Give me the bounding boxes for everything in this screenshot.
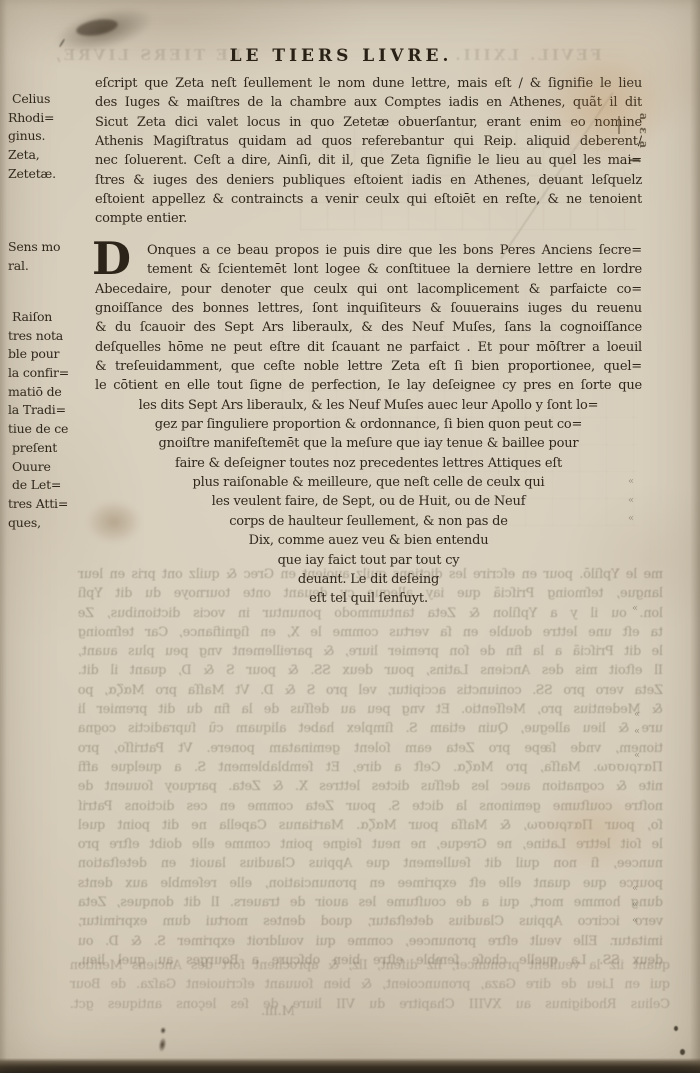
text-line: plus raiſonable & meilleure, que neſt ce…: [95, 473, 642, 492]
margin-quote-mark: «: [632, 915, 638, 926]
paper-stain: [86, 500, 142, 544]
text-line: les dits Sept Ars liberaulx, & les Neuf …: [95, 396, 642, 415]
text-line: & treſeuidamment, que ceſte noble lettre…: [95, 357, 642, 376]
text-line: ſtres & iuges des deniers publiques eſto…: [95, 171, 642, 190]
bleed-line: Il eſtoit mis des Anciens Latins, pour d…: [78, 661, 663, 680]
margin-note-line: Raiſon: [12, 308, 90, 327]
margin-note-line: Zetetæ.: [8, 165, 90, 184]
paper-stain: [538, 788, 653, 873]
bleed-line: Πατρισσω. Maſſa, pro Μαζα. Ceſt a dire, …: [78, 758, 663, 777]
text-line: & du ſcauoir des Sept Ars liberaulx, & d…: [95, 318, 642, 337]
book-page-scan: LE TIERS LIVRE, FEVIL. LXIII. me le Ypſi…: [0, 0, 700, 1073]
bleedthrough-text-block: me le Ypſilō. pour en eſcrire les dictio…: [78, 565, 663, 970]
bleed-line: pource que quant elle eſt exprimee en pr…: [78, 874, 663, 893]
bleedthrough-signature-mark: M.iii.: [238, 1004, 318, 1019]
margin-note-line: Sens mo: [8, 238, 90, 257]
margin-note-line: tres Atti=: [8, 495, 90, 514]
margin-note-line: de Let=: [12, 476, 90, 495]
ink-speck: [674, 1026, 678, 1031]
bleed-line: le dit Priſciã a la fin de ſon premier l…: [78, 642, 663, 661]
bleed-line: ta eſt une lettre double en ſa vertus co…: [78, 623, 663, 642]
margin-note-line: ral.: [8, 257, 90, 276]
text-line: que iay faict tout par tout cy: [95, 551, 642, 570]
margin-note-line: tiue de ce: [8, 420, 90, 439]
margin-note-celius: Celius Rhodi= ginus. Zeta, Zetetæ.: [8, 90, 90, 183]
margin-quote-mark: «: [632, 899, 638, 910]
bleed-line: & Medentius pro, Meſſentio. Et vng peu a…: [78, 700, 663, 719]
margin-note-sens-moral: Sens mo ral.: [8, 238, 90, 275]
bleedthrough-bottom-block: quant ilz la veullent pronuncer, Ilz diſ…: [70, 956, 670, 1014]
text-line: gez par ſinguliere proportion & ordonnan…: [95, 415, 642, 434]
margin-quote-mark: «: [634, 709, 640, 720]
running-title: LE TIERS LIVRE.: [86, 46, 596, 66]
paper-stain: [543, 52, 668, 167]
margin-quote-mark: «: [634, 750, 640, 761]
bleed-line: Celius Rhodiginus au XVIII Chapitre du V…: [70, 995, 670, 1014]
bleed-line: qui en Lieu de dire Gaza, pronuncoient, …: [70, 975, 670, 994]
margin-quote-mark: «: [632, 883, 638, 894]
bleed-line: imitatur. Elle veult eſtre pronuncee, co…: [78, 932, 663, 951]
text-line: les veulent faire, de Sept, ou de Huit, …: [95, 492, 642, 511]
margin-quote-mark: «: [634, 726, 640, 737]
page-edge-shadow: [0, 0, 7, 1073]
text-line: compte entier.: [95, 209, 642, 228]
text-line: Onques a ce beau propos ie puis dire que…: [147, 241, 642, 260]
text-line: deſquelles hōme ne peut eſtre dit ſcauan…: [95, 338, 642, 357]
bleed-line: dung homme mort, qui a de couſtume les a…: [78, 893, 663, 912]
text-line: le cōtient en elle tout ſigne de perfect…: [95, 376, 642, 395]
text-line: eſt tel quil ſenſuyt.: [95, 589, 642, 608]
page-bottom-edge: [0, 1058, 700, 1073]
ink-speck: [680, 1049, 685, 1055]
text-line: tement & ſcientemēt lont logee & conſtit…: [147, 260, 642, 279]
text-line: eſtoient appellez & contraincts a venir …: [95, 190, 642, 209]
bleed-line: vero iccirco Appius Claudius deteſtatur,…: [78, 912, 663, 931]
paragraph-2: Onques a ce beau propos ie puis dire que…: [95, 241, 642, 609]
margin-note-line: ginus.: [8, 127, 90, 146]
margin-note-raison: Raiſon tres nota ble pour la confir= mat…: [8, 308, 90, 532]
bleed-line: tionem, vnde ſæpe pro Zeta eam ſolent ge…: [78, 739, 663, 758]
text-line: gnoiſſance des bonnes lettres, ſont inqu…: [95, 299, 642, 318]
margin-note-line: la confir=: [8, 364, 90, 383]
margin-note-line: tres nota: [8, 327, 90, 346]
text-line: Dix, comme auez veu & bien entendu: [95, 531, 642, 550]
text-line: faire & deſeigner toutes noz precedentes…: [95, 454, 642, 473]
page-edge-shadow: [690, 0, 700, 1073]
text-line: deuant. Le dit deſeing: [95, 570, 642, 589]
bleed-line: ure & lieu allegue, Quin etiam S. ſimple…: [78, 719, 663, 738]
margin-note-line: ques,: [8, 514, 90, 533]
margin-note-line: Rhodi=: [8, 109, 90, 128]
margin-note-line: ble pour: [8, 345, 90, 364]
text-line: Abecedaire, pour denoter que ceulx qui o…: [95, 280, 642, 299]
margin-note-line: Ouure: [12, 458, 90, 477]
bleed-line: Zeta vero pro SS. coniunctis accipitur, …: [78, 681, 663, 700]
ink-drip-mark: [150, 1025, 173, 1060]
text-line: corps de haulteur ſeullement, & non pas …: [95, 512, 642, 531]
margin-note-line: Zeta,: [8, 146, 90, 165]
margin-note-line: preſent: [12, 439, 90, 458]
bleed-line: quant ilz la veullent pronuncer, Ilz diſ…: [70, 956, 670, 975]
margin-note-line: matiō de: [8, 383, 90, 402]
text-line: gnoiſtre manifeſtemēt que la meſure que …: [95, 434, 642, 453]
margin-note-line: Celius: [12, 90, 90, 109]
margin-note-line: la Tradi=: [8, 401, 90, 420]
